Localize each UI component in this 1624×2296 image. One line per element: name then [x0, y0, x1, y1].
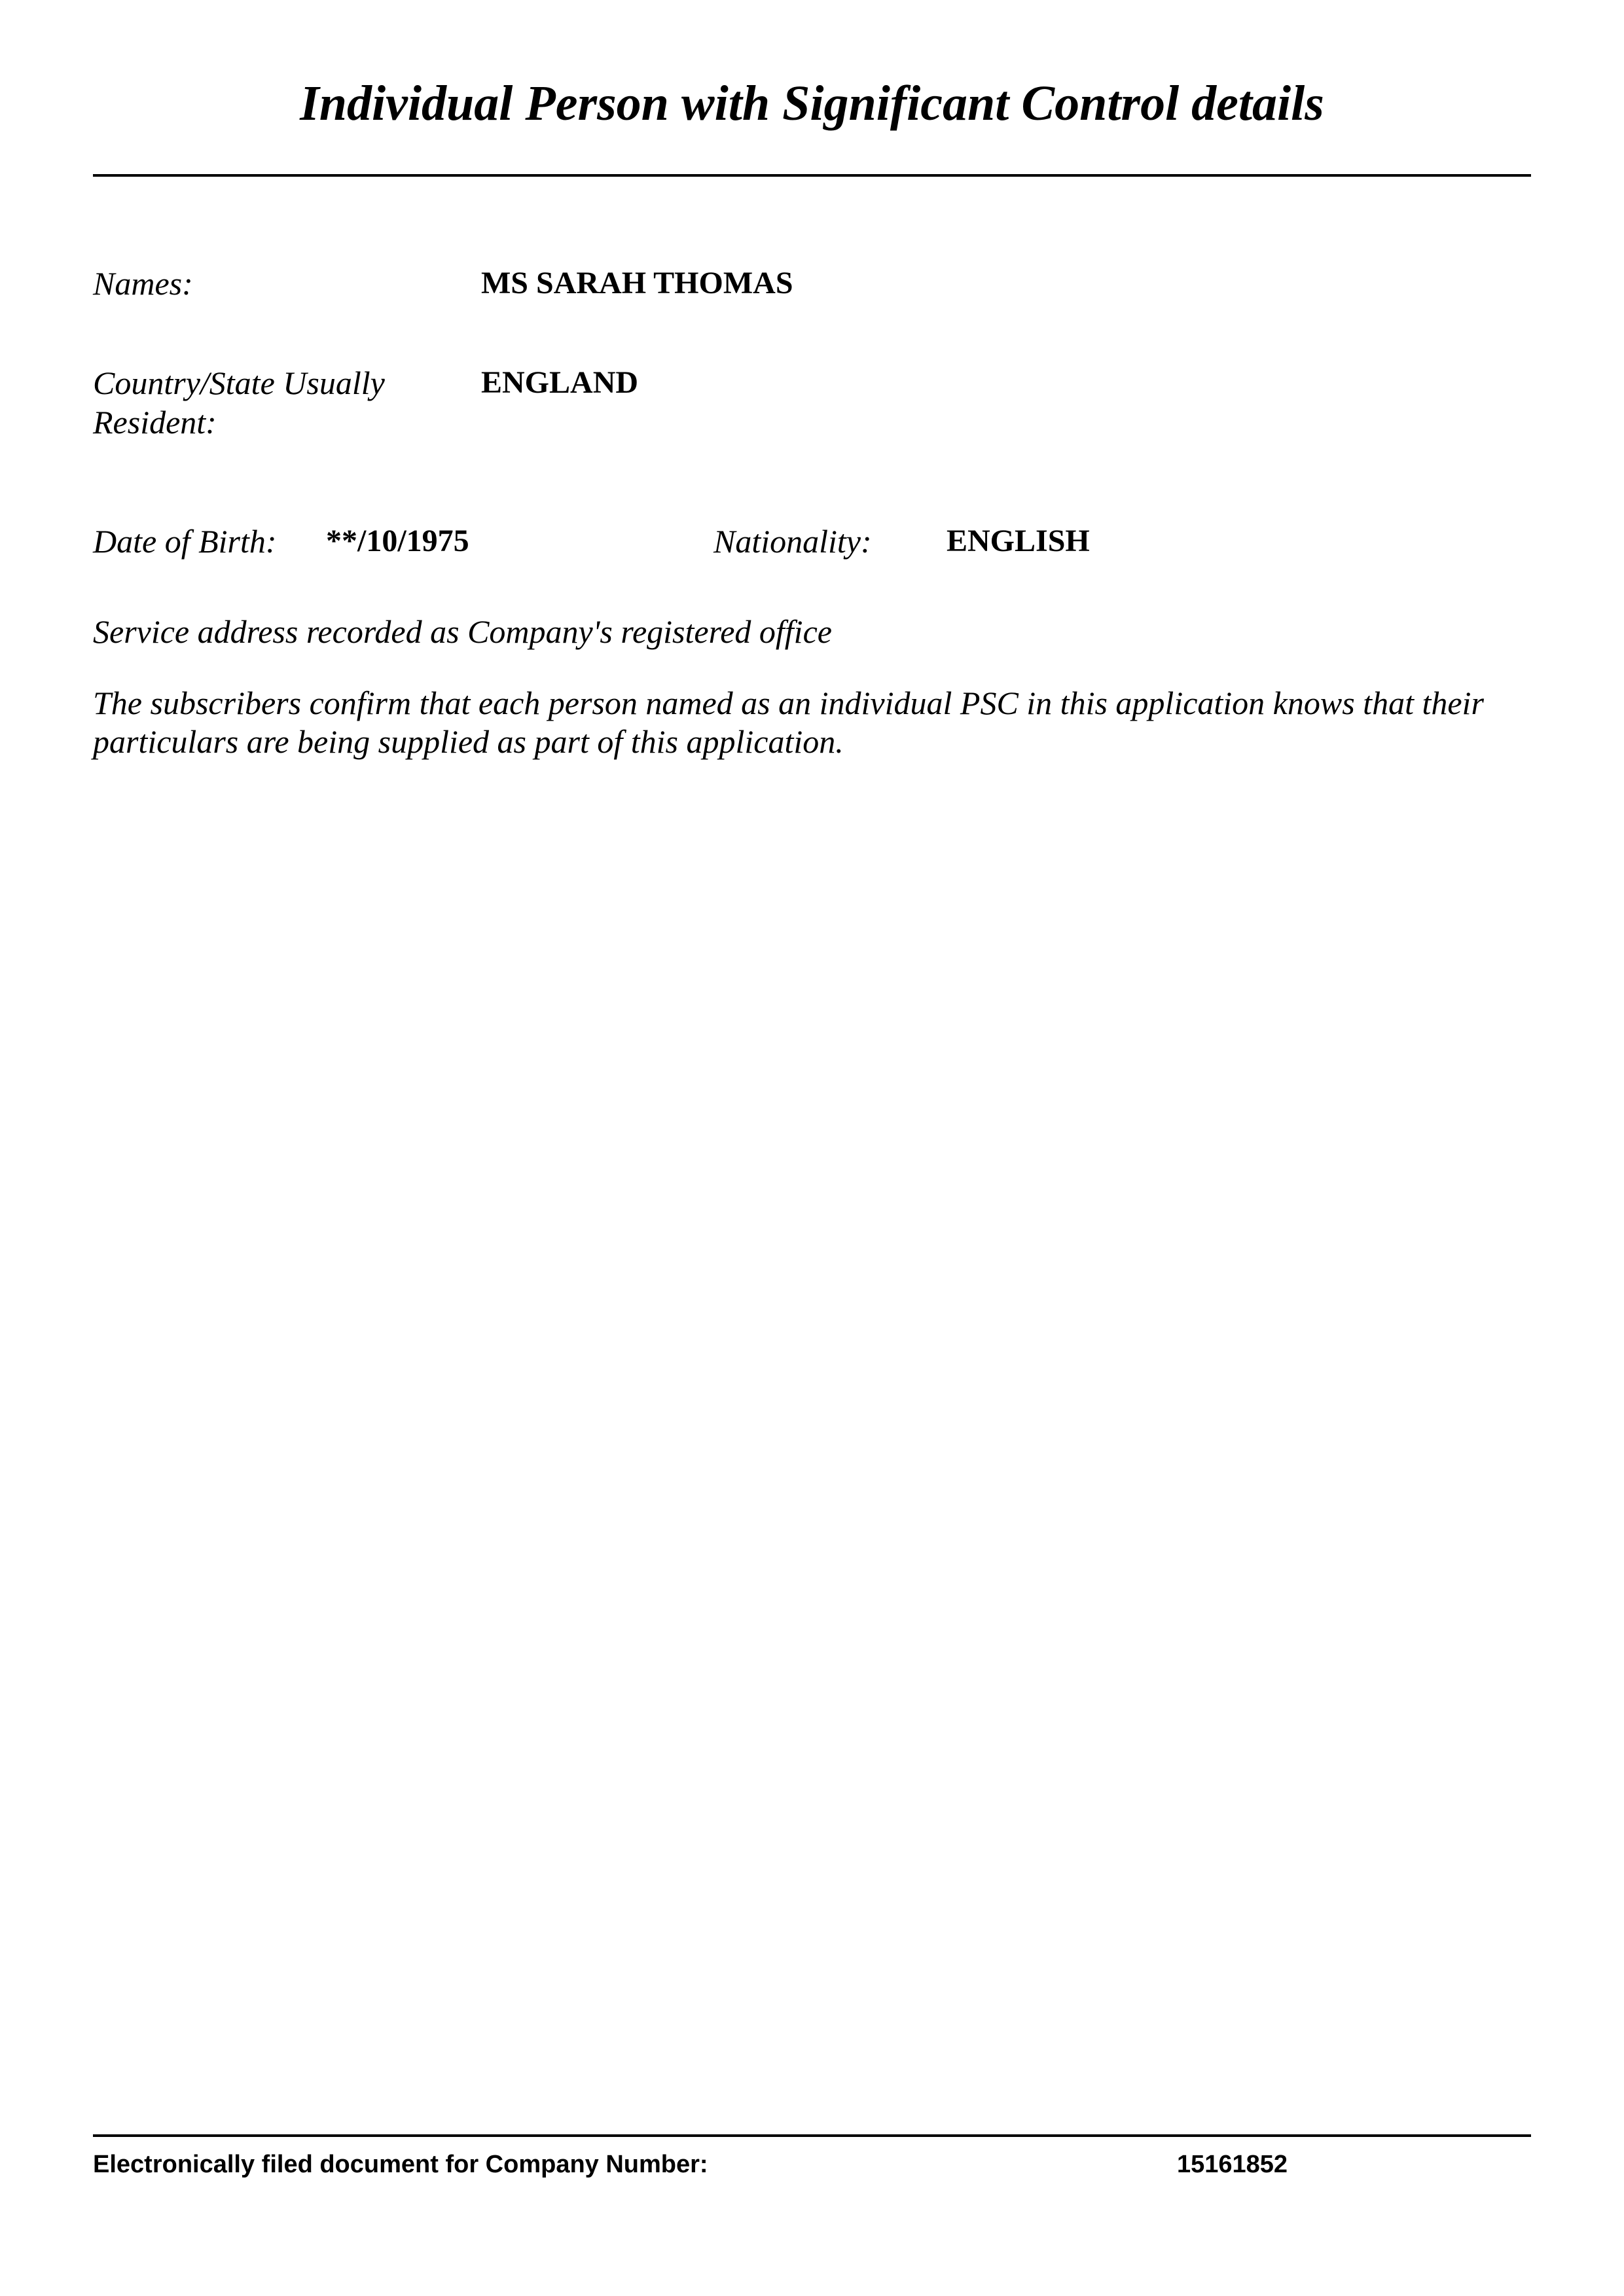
residence-value: ENGLAND [481, 363, 638, 403]
footer-divider [93, 2134, 1531, 2137]
company-number: 15161852 [1177, 2149, 1288, 2179]
dob-label: Date of Birth: [93, 522, 277, 561]
residence-label-line2: Resident: [93, 403, 217, 442]
subscribers-statement-line2: particulars are being supplied as part o… [93, 723, 844, 761]
header-divider [93, 174, 1531, 177]
page-title: Individual Person with Significant Contr… [0, 71, 1624, 136]
subscribers-statement-line1: The subscribers confirm that each person… [93, 684, 1484, 723]
nationality-label: Nationality: [713, 522, 872, 561]
residence-label-line1: Country/State Usually [93, 363, 385, 403]
dob-value: **/10/1975 [326, 522, 469, 561]
footer-label: Electronically filed document for Compan… [93, 2149, 708, 2179]
nationality-value: ENGLISH [947, 522, 1090, 561]
names-value: MS SARAH THOMAS [481, 264, 793, 303]
service-address-statement: Service address recorded as Company's re… [93, 613, 832, 651]
names-label: Names: [93, 264, 193, 303]
